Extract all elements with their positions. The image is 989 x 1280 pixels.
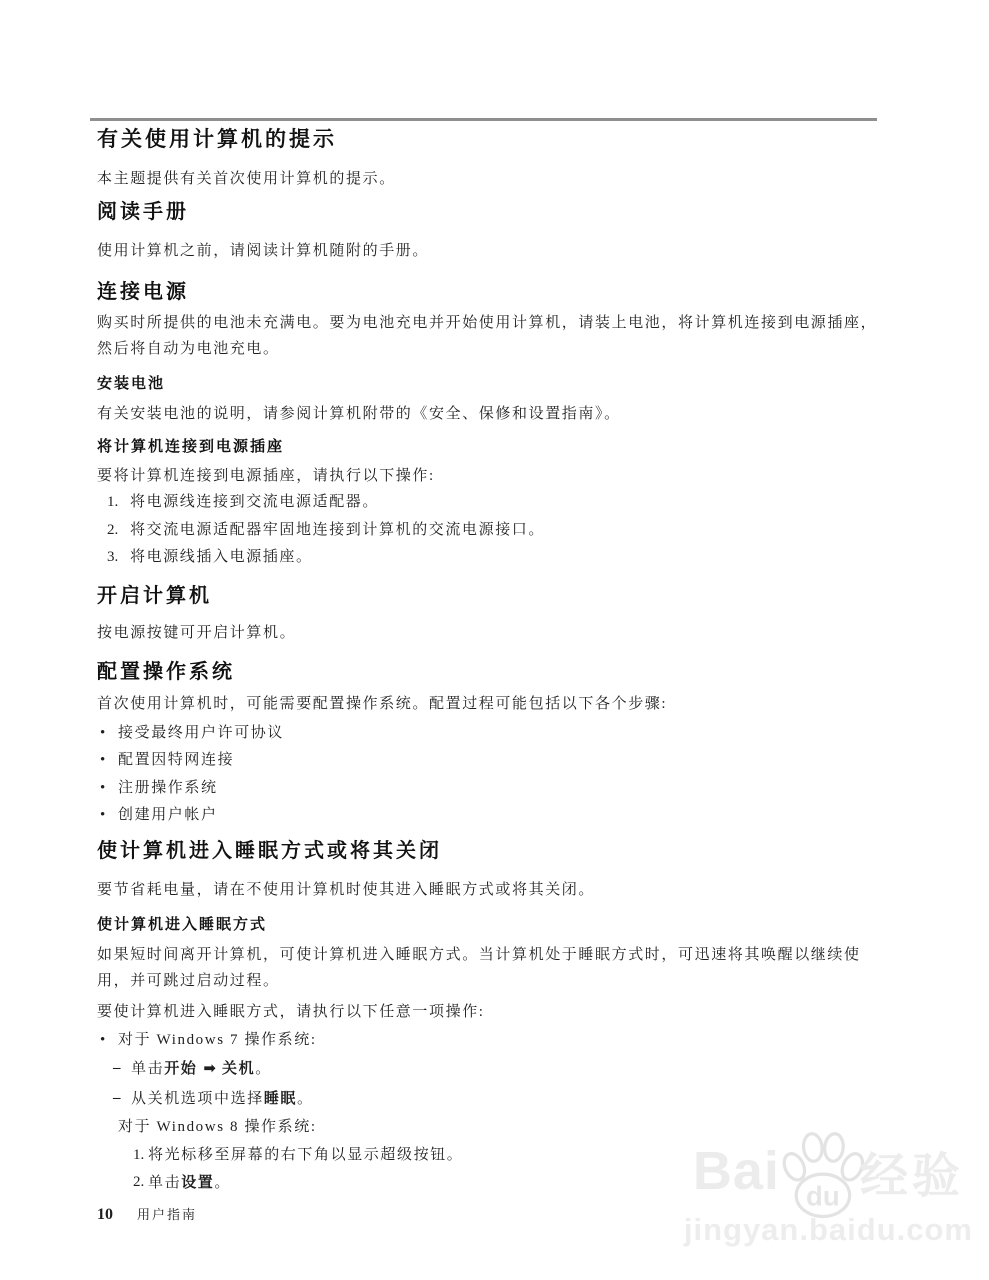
configure-os-bullets: • 接受最终用户许可协议 • 配置因特网连接 • 注册操作系统 • 创建用户帐户 (97, 720, 887, 830)
section-title-read-manuals: 阅读手册 (97, 199, 887, 225)
list-item: • 注册操作系统 (97, 775, 887, 803)
shutdown-term: 关机 (222, 1060, 255, 1077)
section-title-connect-power: 连接电源 (97, 279, 887, 305)
list-item: – 从关机选项中选择睡眠。 (97, 1085, 887, 1114)
step-post: 。 (255, 1061, 272, 1077)
page-footer: 10用户指南 (97, 1204, 197, 1224)
step-text: 将光标移至屏幕的右下角以显示超级按钮。 (148, 1147, 463, 1163)
step-text: 单击设置。 (148, 1175, 231, 1191)
list-item: • 对于 Windows 7 操作系统: (97, 1027, 887, 1055)
list-item: 3. 将电源线插入电源插座。 (97, 544, 887, 572)
sleep-mode-paragraph-1: 如果短时间离开计算机，可使计算机进入睡眠方式。当计算机处于睡眠方式时，可迅速将其… (97, 942, 887, 994)
page-title: 有关使用计算机的提示 (97, 127, 887, 153)
watermark-url: jingyan.baidu.com (684, 1212, 973, 1248)
sleep-options-list: • 对于 Windows 7 操作系统: – 单击开始➡关机。 – 从关机选项中… (97, 1027, 887, 1114)
sleep-shutdown-paragraph: 要节省耗电量，请在不使用计算机时使其进入睡眠方式或将其关闭。 (97, 877, 887, 903)
connect-outlet-steps: 1. 将电源线连接到交流电源适配器。 2. 将交流电源适配器牢固地连接到计算机的… (97, 489, 887, 572)
baidu-paw-icon: du (776, 1130, 868, 1222)
page-content: 有关使用计算机的提示 本主题提供有关首次使用计算机的提示。 阅读手册 使用计算机… (97, 0, 887, 1198)
step-number: 1. (133, 1142, 144, 1170)
subsection-install-battery: 安装电池 (97, 373, 887, 395)
section-title-configure-os: 配置操作系统 (97, 659, 887, 685)
sleep-term: 睡眠 (264, 1090, 297, 1107)
list-item: 1. 将电源线连接到交流电源适配器。 (97, 489, 887, 517)
list-item: – 单击开始➡关机。 (97, 1055, 887, 1084)
start-menu-term: 开始 (164, 1060, 197, 1077)
read-manuals-paragraph: 使用计算机之前，请阅读计算机随附的手册。 (97, 238, 887, 264)
bullet-text: 接受最终用户许可协议 (118, 725, 284, 741)
configure-os-paragraph: 首次使用计算机时，可能需要配置操作系统。配置过程可能包括以下各个步骤: (97, 691, 887, 717)
bullet-marker: • (100, 775, 107, 803)
install-battery-paragraph: 有关安装电池的说明，请参阅计算机附带的《安全、保修和设置指南》。 (97, 401, 887, 427)
step-post: 。 (297, 1091, 314, 1107)
baidu-jingyan-watermark: Bai du 经验 jingyan.baidu.com (684, 1130, 973, 1248)
step-post: 。 (214, 1175, 231, 1191)
footer-label: 用户指南 (137, 1207, 197, 1222)
step-number: 2. (133, 1169, 144, 1197)
step-pre: 从关机选项中选择 (131, 1091, 264, 1107)
step-text: 将电源线连接到交流电源适配器。 (130, 494, 379, 510)
bullet-marker: • (100, 1027, 107, 1055)
step-text: 将交流电源适配器牢固地连接到计算机的交流电源接口。 (130, 522, 545, 538)
subsection-sleep-mode: 使计算机进入睡眠方式 (97, 914, 887, 936)
step-number: 3. (107, 544, 118, 572)
win7-step-text: 单击开始➡关机。 (131, 1061, 272, 1077)
manual-page: 有关使用计算机的提示 本主题提供有关首次使用计算机的提示。 阅读手册 使用计算机… (0, 0, 989, 1280)
bullet-text: 注册操作系统 (118, 780, 218, 796)
top-rule (90, 118, 877, 121)
list-item: • 配置因特网连接 (97, 747, 887, 775)
bullet-text: 创建用户帐户 (118, 807, 218, 823)
intro-paragraph: 本主题提供有关首次使用计算机的提示。 (97, 166, 887, 192)
watermark-jingyan-text: 经验 (860, 1137, 964, 1206)
watermark-bai-text: Bai (693, 1140, 780, 1202)
page-number: 10 (97, 1206, 113, 1223)
step-pre: 单击 (148, 1175, 181, 1191)
section-title-sleep-shutdown: 使计算机进入睡眠方式或将其关闭 (97, 838, 887, 864)
watermark-logo-row: Bai du 经验 (684, 1130, 973, 1212)
settings-term: 设置 (181, 1174, 214, 1191)
sleep-mode-paragraph-2: 要使计算机进入睡眠方式，请执行以下任意一项操作: (97, 999, 887, 1025)
step-text: 将电源线插入电源插座。 (130, 549, 313, 565)
list-item: • 创建用户帐户 (97, 802, 887, 830)
dash-marker: – (113, 1055, 122, 1083)
right-arrow-icon: ➡ (203, 1059, 216, 1077)
bullet-marker: • (100, 720, 107, 748)
win7-step-text: 从关机选项中选择睡眠。 (131, 1091, 314, 1107)
step-number: 1. (107, 489, 118, 517)
watermark-du-text: du (806, 1180, 840, 1211)
step-pre: 单击 (131, 1061, 164, 1077)
bullet-marker: • (100, 802, 107, 830)
dash-marker: – (113, 1085, 122, 1113)
connect-power-paragraph: 购买时所提供的电池未充满电。要为电池充电并开始使用计算机，请装上电池，将计算机连… (97, 310, 887, 362)
subsection-connect-outlet: 将计算机连接到电源插座 (97, 436, 887, 458)
windows7-label: 对于 Windows 7 操作系统: (118, 1032, 317, 1048)
connect-outlet-paragraph: 要将计算机连接到电源插座，请执行以下操作: (97, 463, 887, 489)
turn-on-paragraph: 按电源按键可开启计算机。 (97, 620, 887, 646)
step-number: 2. (107, 517, 118, 545)
bullet-text: 配置因特网连接 (118, 752, 234, 768)
section-title-turn-on: 开启计算机 (97, 583, 887, 609)
bullet-marker: • (100, 747, 107, 775)
list-item: 2. 将交流电源适配器牢固地连接到计算机的交流电源接口。 (97, 517, 887, 545)
list-item: • 接受最终用户许可协议 (97, 720, 887, 748)
